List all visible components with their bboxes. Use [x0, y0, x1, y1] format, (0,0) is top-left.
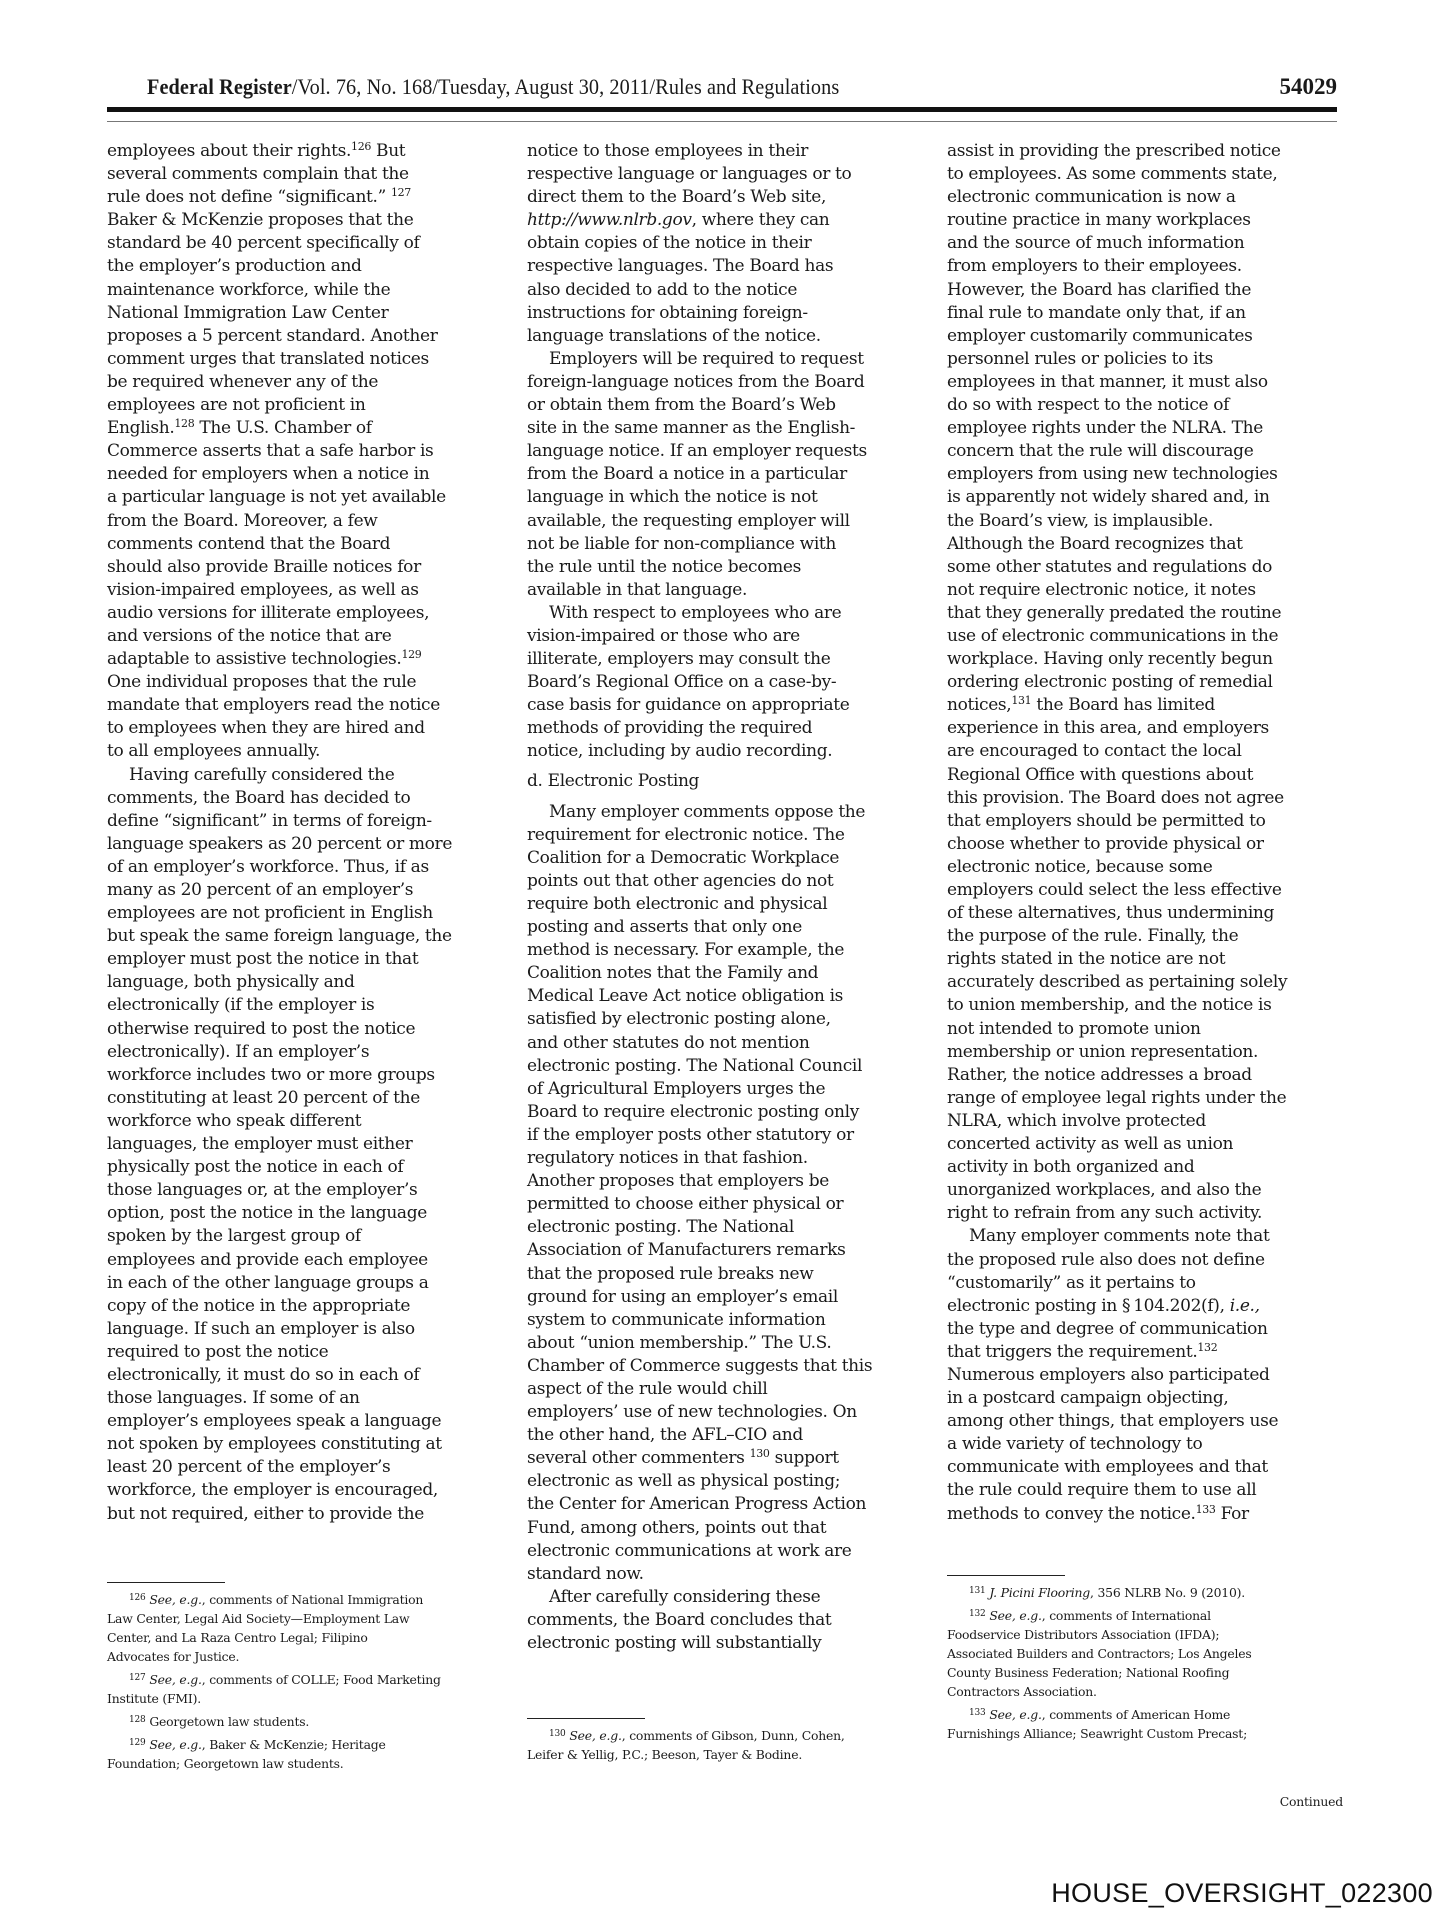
- continued-label: Continued: [947, 1792, 1347, 1811]
- text-line: unorganized workplaces, and also the: [947, 1179, 1347, 1202]
- text-line: rule does not define “significant.” 127: [107, 186, 507, 209]
- text-line: rights stated in the notice are not: [947, 948, 1347, 971]
- text-line: use of electronic communications in the: [947, 625, 1347, 648]
- text-line: electronic posting. The National Council: [527, 1055, 927, 1078]
- text-line: otherwise required to post the notice: [107, 1018, 507, 1041]
- text-line: electronically). If an employer’s: [107, 1041, 507, 1064]
- text-line: direct them to the Board’s Web site,: [527, 186, 927, 209]
- text-line: option, post the notice in the language: [107, 1202, 507, 1225]
- text-line: electronically (if the employer is: [107, 994, 507, 1017]
- text-line: audio versions for illiterate employees,: [107, 602, 507, 625]
- text-line: ground for using an employer’s email: [527, 1286, 927, 1309]
- text-line: concerted activity as well as union: [947, 1133, 1347, 1156]
- text-line: comments contend that the Board: [107, 533, 507, 556]
- text-line: accurately described as pertaining solel…: [947, 971, 1347, 994]
- text-line: required to post the notice: [107, 1341, 507, 1364]
- text-line: standard be 40 percent specifically of: [107, 232, 507, 255]
- paragraph-start-line: After carefully considering these: [527, 1586, 927, 1609]
- text-line: Baker & McKenzie proposes that the: [107, 209, 507, 232]
- text-line: some other statutes and regulations do: [947, 556, 1347, 579]
- paragraph-start-line: Many employer comments oppose the: [527, 801, 927, 824]
- text-line: physically post the notice in each of: [107, 1156, 507, 1179]
- text-line: available in that language.: [527, 579, 927, 602]
- text-line: range of employee legal rights under the: [947, 1087, 1347, 1110]
- text-line: employees in that manner, it must also: [947, 371, 1347, 394]
- text-line: language notice. If an employer requests: [527, 440, 927, 463]
- column-1: employees about their rights.126 Butseve…: [107, 140, 507, 1526]
- text-line: least 20 percent of the employer’s: [107, 1456, 507, 1479]
- text-line: case basis for guidance on appropriate: [527, 694, 927, 717]
- paragraph-start-line: Many employer comments note that: [947, 1225, 1347, 1248]
- text-line: the employer’s production and: [107, 255, 507, 278]
- text-line: spoken by the largest group of: [107, 1225, 507, 1248]
- text-line: language in which the notice is not: [527, 486, 927, 509]
- text-line: workforce, the employer is encouraged,: [107, 1479, 507, 1502]
- text-line: but speak the same foreign language, the: [107, 925, 507, 948]
- text-line: electronic as well as physical posting;: [527, 1470, 927, 1493]
- text-line: electronic posting will substantially: [527, 1632, 927, 1655]
- text-line: Medical Leave Act notice obligation is: [527, 985, 927, 1008]
- text-line: “customarily” as it pertains to: [947, 1272, 1347, 1295]
- footnote-line: Foundation; Georgetown law students.: [107, 1754, 507, 1773]
- text-line: of an employer’s workforce. Thus, if as: [107, 856, 507, 879]
- text-line: of these alternatives, thus undermining: [947, 902, 1347, 925]
- text-line: not intended to promote union: [947, 1018, 1347, 1041]
- text-line: or obtain them from the Board’s Web: [527, 394, 927, 417]
- text-line: workforce who speak different: [107, 1110, 507, 1133]
- section-name: Rules and Regulations: [655, 74, 839, 99]
- text-line: method is necessary. For example, the: [527, 939, 927, 962]
- text-line: that they generally predated the routine: [947, 602, 1347, 625]
- text-line: Fund, among others, points out that: [527, 1517, 927, 1540]
- text-line: and other statutes do not mention: [527, 1032, 927, 1055]
- text-line: language speakers as 20 percent or more: [107, 833, 507, 856]
- text-line: employer customarily communicates: [947, 325, 1347, 348]
- column-3: assist in providing the prescribed notic…: [947, 140, 1347, 1526]
- text-line: the other hand, the AFL–CIO and: [527, 1424, 927, 1447]
- text-line: methods to convey the notice.133 For: [947, 1503, 1347, 1526]
- text-line: However, the Board has clarified the: [947, 279, 1347, 302]
- footnote-first-line: 126 See, e.g., comments of National Immi…: [107, 1590, 507, 1609]
- text-line: from employers to their employees.: [947, 255, 1347, 278]
- text-line: employees and provide each employee: [107, 1249, 507, 1272]
- text-line: language, both physically and: [107, 971, 507, 994]
- text-line: many as 20 percent of an employer’s: [107, 879, 507, 902]
- footnotes-column-1: 126 See, e.g., comments of National Immi…: [107, 1590, 507, 1773]
- volume-issue: Vol. 76, No. 168: [298, 74, 433, 99]
- text-line: and versions of the notice that are: [107, 625, 507, 648]
- text-line: assist in providing the prescribed notic…: [947, 140, 1347, 163]
- text-line: from the Board. Moreover, a few: [107, 510, 507, 533]
- footnote-first-line: 131 J. Picini Flooring, 356 NLRB No. 9 (…: [947, 1583, 1347, 1602]
- footnote-line: Advocates for Justice.: [107, 1647, 507, 1666]
- text-line: comments, the Board has decided to: [107, 787, 507, 810]
- text-line: to employees when they are hired and: [107, 717, 507, 740]
- text-line: notice, including by audio recording.: [527, 740, 927, 763]
- text-line: not require electronic notice, it notes: [947, 579, 1347, 602]
- text-line: employees are not proficient in English: [107, 902, 507, 925]
- text-line: Rather, the notice addresses a broad: [947, 1064, 1347, 1087]
- text-line: instructions for obtaining foreign-: [527, 302, 927, 325]
- footnote-number: 131: [969, 1586, 986, 1596]
- text-line: and the source of much information: [947, 232, 1347, 255]
- footnote-rule-1: [107, 1582, 225, 1583]
- text-line: Coalition notes that the Family and: [527, 962, 927, 985]
- text-line: standard now.: [527, 1563, 927, 1586]
- text-line: the type and degree of communication: [947, 1318, 1347, 1341]
- running-head: Federal Register/Vol. 76, No. 168/Tuesda…: [147, 74, 839, 100]
- text-line: that the proposed rule breaks new: [527, 1263, 927, 1286]
- text-line: in each of the other language groups a: [107, 1272, 507, 1295]
- text-line: electronic communication is now a: [947, 186, 1347, 209]
- text-line: constituting at least 20 percent of the: [107, 1087, 507, 1110]
- text-line: proposes a 5 percent standard. Another: [107, 325, 507, 348]
- publication-name: Federal Register: [147, 74, 292, 99]
- text-line: methods of providing the required: [527, 717, 927, 740]
- footnote-line: County Business Federation; National Roo…: [947, 1663, 1347, 1682]
- footnote-reference: 132: [1197, 1341, 1217, 1354]
- text-line: several other commenters 130 support: [527, 1447, 927, 1470]
- text-line: notices,131 the Board has limited: [947, 694, 1347, 717]
- text-line: the rule until the notice becomes: [527, 556, 927, 579]
- text-line: the Board’s view, is implausible.: [947, 510, 1347, 533]
- text-line: vision-impaired or those who are: [527, 625, 927, 648]
- text-line: Although the Board recognizes that: [947, 533, 1347, 556]
- text-line: this provision. The Board does not agree: [947, 787, 1347, 810]
- text-line: vision-impaired employees, as well as: [107, 579, 507, 602]
- footnote-number: 130: [549, 1729, 566, 1739]
- text-line: comments, the Board concludes that: [527, 1609, 927, 1632]
- text-line: those languages or, at the employer’s: [107, 1179, 507, 1202]
- text-line: Regional Office with questions about: [947, 764, 1347, 787]
- text-line: do so with respect to the notice of: [947, 394, 1347, 417]
- text-line: Association of Manufacturers remarks: [527, 1239, 927, 1262]
- text-line: about “union membership.” The U.S.: [527, 1332, 927, 1355]
- text-line: routine practice in many workplaces: [947, 209, 1347, 232]
- text-line: concern that the rule will discourage: [947, 440, 1347, 463]
- continued-marker-wrap: Continued: [947, 1792, 1347, 1811]
- paragraph-start-line: Having carefully considered the: [107, 764, 507, 787]
- footnote-first-line: 130 See, e.g., comments of Gibson, Dunn,…: [527, 1726, 927, 1745]
- text-line: not be liable for non-compliance with: [527, 533, 927, 556]
- bates-number: HOUSE_OVERSIGHT_022300: [1051, 1878, 1433, 1909]
- footnote-line: Leifer & Yellig, P.C.; Beeson, Tayer & B…: [527, 1745, 927, 1764]
- text-line: foreign-language notices from the Board: [527, 371, 927, 394]
- text-line: electronic notice, because some: [947, 856, 1347, 879]
- text-line: activity in both organized and: [947, 1156, 1347, 1179]
- footnote-number: 129: [129, 1738, 146, 1748]
- footnote-first-line: 129 See, e.g., Baker & McKenzie; Heritag…: [107, 1735, 507, 1754]
- text-line: respective language or languages or to: [527, 163, 927, 186]
- text-line: points out that other agencies do not: [527, 870, 927, 893]
- footnote-reference: 127: [391, 186, 411, 199]
- text-line: ordering electronic posting of remedial: [947, 671, 1347, 694]
- text-line: employers’ use of new technologies. On: [527, 1401, 927, 1424]
- text-line: define “significant” in terms of foreign…: [107, 810, 507, 833]
- text-line: electronic communications at work are: [527, 1540, 927, 1563]
- footnote-reference: 130: [750, 1447, 770, 1460]
- text-line: mandate that employers read the notice: [107, 694, 507, 717]
- text-line: language translations of the notice.: [527, 325, 927, 348]
- text-line: Another proposes that employers be: [527, 1170, 927, 1193]
- page-number: 54029: [1280, 74, 1338, 100]
- text-line: employees are not proficient in: [107, 394, 507, 417]
- text-line: electronic posting in § 104.202(f), i.e.…: [947, 1295, 1347, 1318]
- text-line: the purpose of the rule. Finally, the: [947, 925, 1347, 948]
- text-line: employee rights under the NLRA. The: [947, 417, 1347, 440]
- footnote-number: 133: [969, 1708, 986, 1718]
- text-line: in a postcard campaign objecting,: [947, 1387, 1347, 1410]
- footnotes-column-3: 131 J. Picini Flooring, 356 NLRB No. 9 (…: [947, 1583, 1347, 1743]
- text-line: not spoken by employees constituting at: [107, 1433, 507, 1456]
- text-line: the rule could require them to use all: [947, 1479, 1347, 1502]
- footnote-number: 128: [129, 1715, 146, 1725]
- text-line: comment urges that translated notices: [107, 348, 507, 371]
- text-line: NLRA, which involve protected: [947, 1110, 1347, 1133]
- footnote-line: Law Center, Legal Aid Society—Employment…: [107, 1609, 507, 1628]
- text-line: illiterate, employers may consult the: [527, 648, 927, 671]
- footnote-rule-2: [527, 1718, 645, 1719]
- text-line: a particular language is not yet availab…: [107, 486, 507, 509]
- text-line: employer must post the notice in that: [107, 948, 507, 971]
- footnotes-column-2: 130 See, e.g., comments of Gibson, Dunn,…: [527, 1726, 927, 1764]
- paragraph-start-line: Employers will be required to request: [527, 348, 927, 371]
- column-2: notice to those employees in theirrespec…: [527, 140, 927, 1655]
- text-line: is apparently not widely shared and, in: [947, 486, 1347, 509]
- text-line: to all employees annually.: [107, 740, 507, 763]
- text-line: among other things, that employers use: [947, 1410, 1347, 1433]
- header-rule-thick: [107, 107, 1337, 112]
- text-line: also decided to add to the notice: [527, 279, 927, 302]
- document-page: Federal Register/Vol. 76, No. 168/Tuesda…: [0, 0, 1453, 1920]
- text-line: Board’s Regional Office on a case-by-: [527, 671, 927, 694]
- footnote-reference: 133: [1196, 1503, 1216, 1516]
- text-line: regulatory notices in that fashion.: [527, 1147, 927, 1170]
- text-line: employers could select the less effectiv…: [947, 879, 1347, 902]
- footnote-number: 132: [969, 1609, 986, 1619]
- text-line: Chamber of Commerce suggests that this: [527, 1355, 927, 1378]
- text-line: employer’s employees speak a language: [107, 1410, 507, 1433]
- footnote-first-line: 127 See, e.g., comments of COLLE; Food M…: [107, 1670, 507, 1689]
- text-line: respective languages. The Board has: [527, 255, 927, 278]
- text-line: employers from using new technologies: [947, 463, 1347, 486]
- footnote-reference: 129: [401, 648, 421, 661]
- text-line: membership or union representation.: [947, 1041, 1347, 1064]
- text-line: several comments complain that the: [107, 163, 507, 186]
- text-line: available, the requesting employer will: [527, 510, 927, 533]
- text-line: but not required, either to provide the: [107, 1503, 507, 1526]
- text-line: posting and asserts that only one: [527, 916, 927, 939]
- text-line: of Agricultural Employers urges the: [527, 1078, 927, 1101]
- text-line: employees about their rights.126 But: [107, 140, 507, 163]
- text-line: if the employer posts other statutory or: [527, 1124, 927, 1147]
- footnote-number: 126: [129, 1593, 146, 1603]
- text-line: electronic posting. The National: [527, 1216, 927, 1239]
- column-2-body-continued: Many employer comments oppose therequire…: [527, 801, 927, 1655]
- text-line: experience in this area, and employers: [947, 717, 1347, 740]
- text-line: to employees. As some comments state,: [947, 163, 1347, 186]
- text-line: are encouraged to contact the local: [947, 740, 1347, 763]
- publication-date: Tuesday, August 30, 2011: [438, 74, 649, 99]
- footnote-rule-3: [947, 1575, 1065, 1576]
- text-line: that employers should be permitted to: [947, 810, 1347, 833]
- text-line: requirement for electronic notice. The: [527, 824, 927, 847]
- text-line: satisfied by electronic posting alone,: [527, 1008, 927, 1031]
- text-line: a wide variety of technology to: [947, 1433, 1347, 1456]
- footnote-line: Contractors Association.: [947, 1682, 1347, 1701]
- text-line: workforce includes two or more groups: [107, 1064, 507, 1087]
- text-line: electronically, it must do so in each of: [107, 1364, 507, 1387]
- text-line: needed for employers when a notice in: [107, 463, 507, 486]
- text-line: maintenance workforce, while the: [107, 279, 507, 302]
- text-line: site in the same manner as the English-: [527, 417, 927, 440]
- footnote-reference: 126: [351, 140, 371, 153]
- footnote-reference: 131: [1011, 694, 1031, 707]
- text-line: to union membership, and the notice is: [947, 994, 1347, 1017]
- header-rule-thin: [107, 121, 1337, 122]
- text-line: http://www.nlrb.gov, where they can: [527, 209, 927, 232]
- text-line: notice to those employees in their: [527, 140, 927, 163]
- text-line: those languages. If some of an: [107, 1387, 507, 1410]
- footnote-line: Center, and La Raza Centro Legal; Filipi…: [107, 1628, 507, 1647]
- text-line: the Center for American Progress Action: [527, 1493, 927, 1516]
- text-line: copy of the notice in the appropriate: [107, 1295, 507, 1318]
- text-line: obtain copies of the notice in their: [527, 232, 927, 255]
- text-line: that triggers the requirement.132: [947, 1341, 1347, 1364]
- text-line: choose whether to provide physical or: [947, 833, 1347, 856]
- footnote-first-line: 132 See, e.g., comments of International: [947, 1606, 1347, 1625]
- footnote-number: 127: [129, 1673, 146, 1683]
- text-line: system to communicate information: [527, 1309, 927, 1332]
- text-line: languages, the employer must either: [107, 1133, 507, 1156]
- text-line: National Immigration Law Center: [107, 302, 507, 325]
- text-line: require both electronic and physical: [527, 893, 927, 916]
- footnote-first-line: 128 Georgetown law students.: [107, 1712, 507, 1731]
- text-line: Commerce asserts that a safe harbor is: [107, 440, 507, 463]
- text-line: language. If such an employer is also: [107, 1318, 507, 1341]
- text-line: aspect of the rule would chill: [527, 1378, 927, 1401]
- text-line: Coalition for a Democratic Workplace: [527, 847, 927, 870]
- text-line: personnel rules or policies to its: [947, 348, 1347, 371]
- text-line: the proposed rule also does not define: [947, 1249, 1347, 1272]
- footnote-first-line: 133 See, e.g., comments of American Home: [947, 1705, 1347, 1724]
- section-subheading: d. Electronic Posting: [527, 770, 927, 793]
- footnote-line: Foodservice Distributors Association (IF…: [947, 1625, 1347, 1644]
- text-line: final rule to mandate only that, if an: [947, 302, 1347, 325]
- text-line: English.128 The U.S. Chamber of: [107, 417, 507, 440]
- footnote-line: Institute (FMI).: [107, 1689, 507, 1708]
- footnote-line: Associated Builders and Contractors; Los…: [947, 1644, 1347, 1663]
- text-line: Numerous employers also participated: [947, 1364, 1347, 1387]
- text-line: adaptable to assistive technologies.129: [107, 648, 507, 671]
- paragraph-start-line: With respect to employees who are: [527, 602, 927, 625]
- text-line: from the Board a notice in a particular: [527, 463, 927, 486]
- text-line: One individual proposes that the rule: [107, 671, 507, 694]
- text-line: Board to require electronic posting only: [527, 1101, 927, 1124]
- text-line: permitted to choose either physical or: [527, 1193, 927, 1216]
- text-line: be required whenever any of the: [107, 371, 507, 394]
- footnote-reference: 128: [174, 417, 194, 430]
- text-line: workplace. Having only recently begun: [947, 648, 1347, 671]
- text-line: right to refrain from any such activity.: [947, 1202, 1347, 1225]
- text-line: communicate with employees and that: [947, 1456, 1347, 1479]
- footnote-line: Furnishings Alliance; Seawright Custom P…: [947, 1724, 1347, 1743]
- column-2-body: notice to those employees in theirrespec…: [527, 140, 927, 764]
- text-line: should also provide Braille notices for: [107, 556, 507, 579]
